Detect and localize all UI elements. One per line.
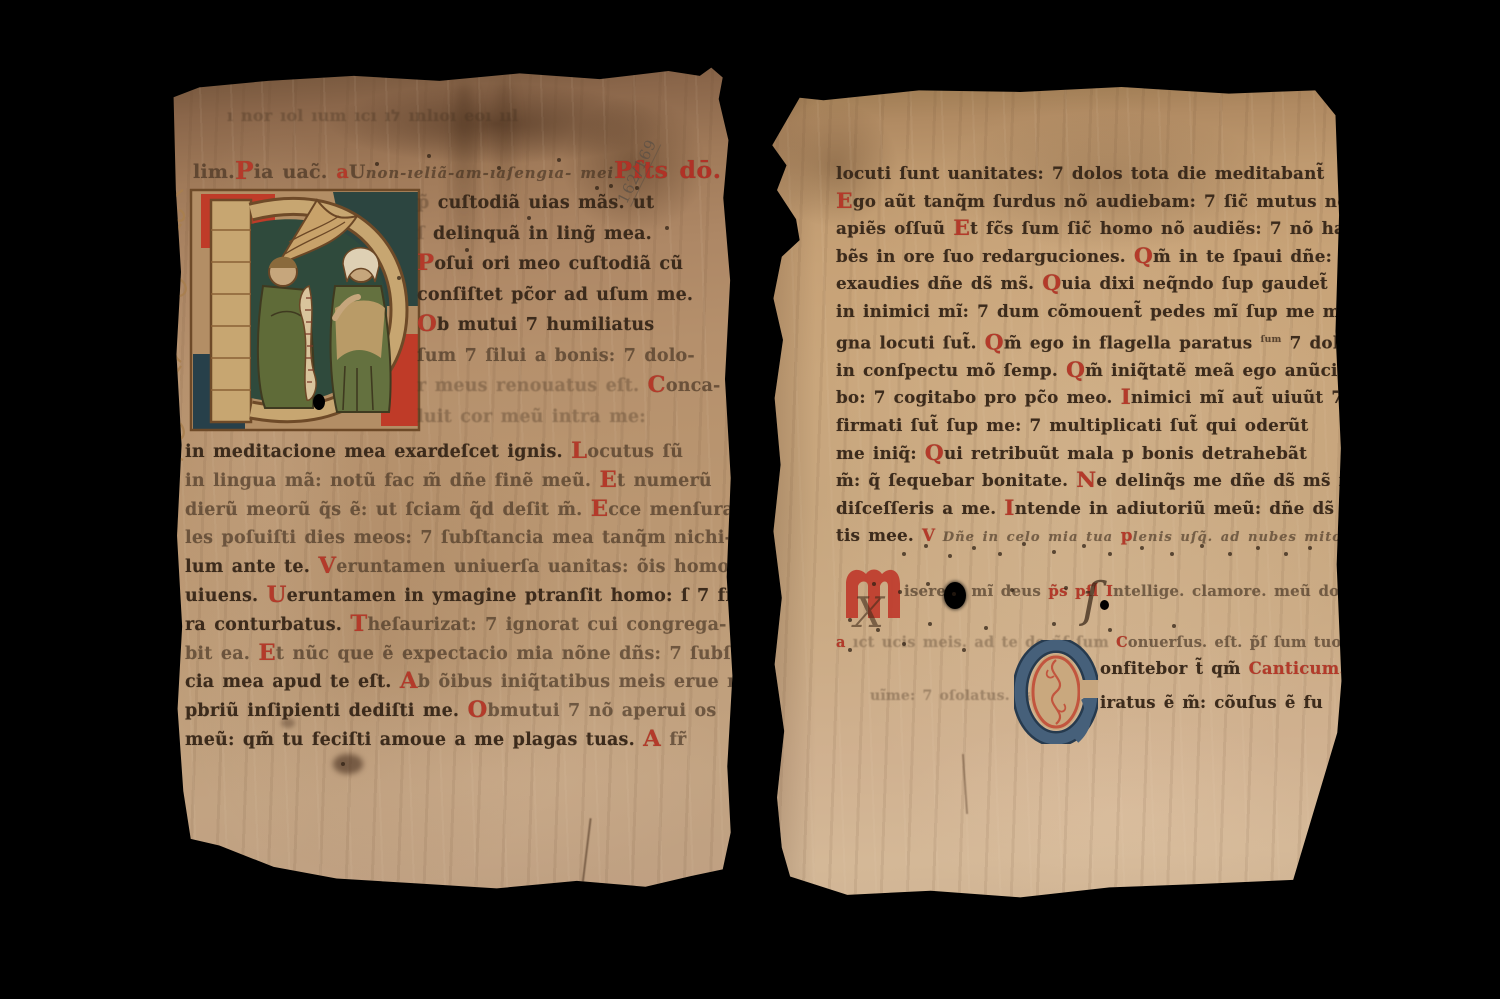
penwork-initial-C <box>1014 640 1098 744</box>
inscribed-scroll <box>300 286 316 400</box>
parchment-crack <box>580 818 591 890</box>
antiphon-line-faint: uĩme: 7 oſolatus. ea. me <box>870 688 1072 704</box>
spine-edge-shadow <box>752 82 816 914</box>
erased-header-text: ı nor ıol ıum ıcı ıל ınlıoı eoı ııl <box>227 106 657 125</box>
fold-stain <box>451 82 477 297</box>
fold-stain <box>495 80 515 250</box>
rubric-heading-line: lim.Pia uac̃. aUnon-ıeliã-am-ıaſengıa- m… <box>193 156 722 184</box>
right-figure <box>331 248 391 412</box>
illuminated-initial-D <box>185 186 425 434</box>
antiphon-line: iserere mĩ deus p̃s pſl̃ Intellige. clam… <box>904 582 1348 600</box>
initial-frame <box>191 190 419 430</box>
custos-glyph: X <box>854 588 884 637</box>
parchment-wrinkles <box>165 66 737 890</box>
letter-D <box>211 200 399 422</box>
rubric-initial-M <box>840 560 904 626</box>
canticle-text: onfitebor t̃ qm̃ Canticum.iratus ẽ m̃: c… <box>1100 652 1345 720</box>
ink-blot-stain <box>281 718 295 728</box>
psalm-text-block: locuti ſunt uanitates: 7 dolos tota die … <box>836 160 1344 552</box>
antiphon-line: a ıct ucis meis. ad te de p̃ſ ſum Conuer… <box>836 634 1348 651</box>
right-manuscript-leaf: locuti ſunt uanitates: 7 dolos tota die … <box>752 82 1348 914</box>
parchment-hole <box>313 394 325 410</box>
psalm-text-beside-initial: p̃ cuſtodiã uias mãs. utſ delinquã in li… <box>417 188 722 432</box>
psalm-text-block: in meditacione mea exardeſcet ignis. Loc… <box>185 438 715 755</box>
ink-blot-stain <box>333 754 363 774</box>
custos-glyph: ſ <box>1082 572 1100 628</box>
archival-foliation-note: 162/169 <box>614 136 661 207</box>
marginal-flourish-ornament <box>165 184 189 464</box>
left-manuscript-leaf: ı nor ıol ıum ıcı ıל ınlıoı eoı ııl lim.… <box>165 66 737 890</box>
angel-wing <box>277 200 357 266</box>
left-figure <box>258 257 314 408</box>
manuscript-photograph: ı nor ıol ıum ıcı ıל ınlıoı eoı ııl lim.… <box>0 0 1500 999</box>
parchment-hole <box>1100 600 1109 610</box>
parchment-hole <box>944 582 966 609</box>
parchment-wrinkles <box>752 82 1348 914</box>
parchment-crack <box>962 754 968 814</box>
